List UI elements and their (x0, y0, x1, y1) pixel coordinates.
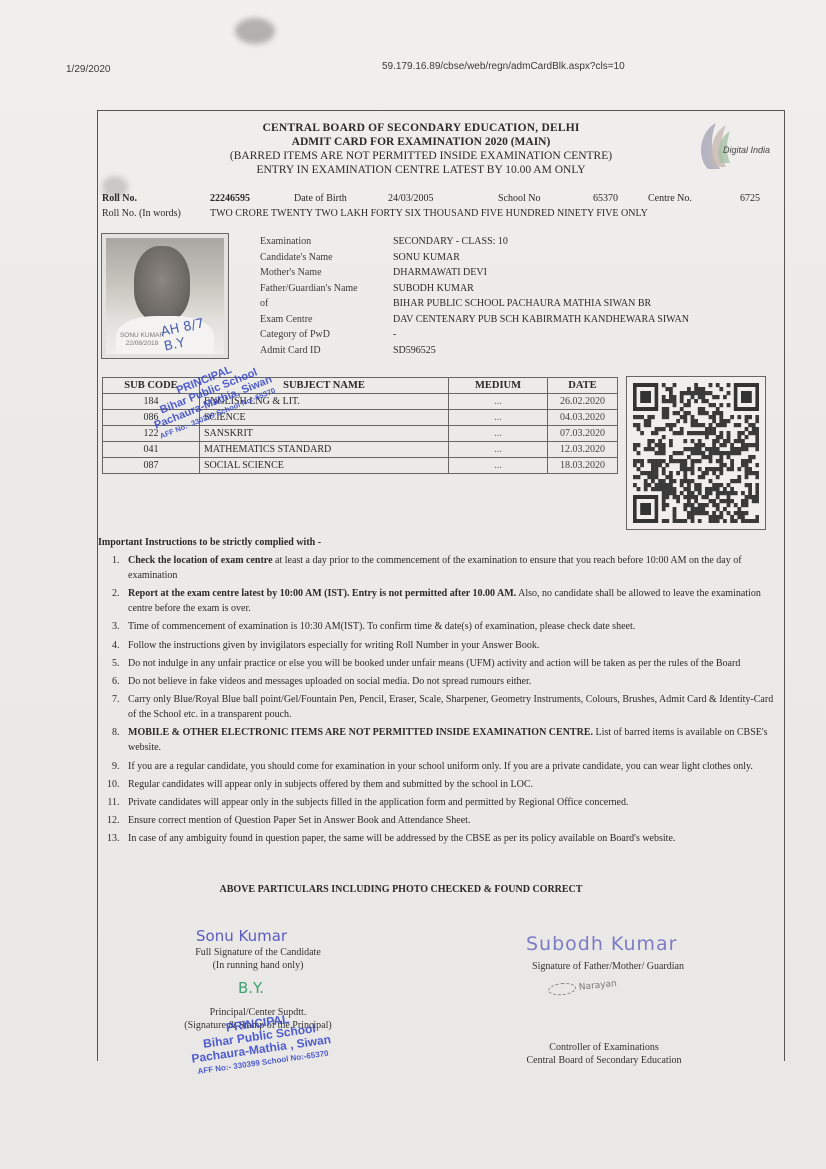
roll-info-row: Roll No. 22246595 Date of Birth 24/03/20… (98, 193, 784, 207)
candidate-details: ExaminationSECONDARY - CLASS: 10 Candida… (260, 236, 780, 360)
candidate-signature-label: Full Signature of the Candidate (In runn… (158, 947, 358, 971)
instructions-title: Important Instructions to be strictly co… (98, 537, 321, 548)
verification-statement: ABOVE PARTICULARS INCLUDING PHOTO CHECKE… (58, 884, 744, 895)
instruction-item: Follow the instructions given by invigil… (122, 638, 778, 653)
controller-signature: Narayan (548, 977, 618, 996)
instruction-item: Check the location of exam centre at lea… (122, 553, 778, 583)
dob-label: Date of Birth (294, 193, 347, 204)
instruction-item: Regular candidates will appear only in s… (122, 777, 778, 792)
centre-no-label: Centre No. (648, 193, 692, 204)
instruction-item: Do not believe in fake videos and messag… (122, 674, 778, 689)
print-date: 1/29/2020 (66, 64, 111, 75)
detail-row: ofBIHAR PUBLIC SCHOOL PACHAURA MATHIA SI… (260, 298, 780, 314)
admit-card: CENTRAL BOARD OF SECONDARY EDUCATION, DE… (97, 110, 785, 1061)
instruction-item: MOBILE & OTHER ELECTRONIC ITEMS ARE NOT … (122, 725, 778, 755)
detail-row: Exam CentreDAV CENTENARY PUB SCH KABIRMA… (260, 314, 780, 330)
instruction-item: Time of commencement of examination is 1… (122, 619, 778, 634)
instruction-item: In case of any ambiguity found in questi… (122, 831, 778, 846)
table-row: 087SOCIAL SCIENCE...18.03.2020 (103, 458, 618, 474)
guardian-signature: Subodh Kumar (526, 933, 677, 955)
digital-india-text: Digital India (723, 145, 770, 155)
dob-value: 24/03/2005 (388, 193, 434, 204)
instruction-item: Carry only Blue/Royal Blue ball point/Ge… (122, 692, 778, 722)
roll-words-label: Roll No. (In words) (102, 208, 181, 219)
qr-code (626, 376, 766, 530)
instruction-item: Ensure correct mention of Question Paper… (122, 813, 778, 828)
detail-row: ExaminationSECONDARY - CLASS: 10 (260, 236, 780, 252)
detail-row: Admit Card IDSD596525 (260, 345, 780, 361)
roll-words-value: TWO CRORE TWENTY TWO LAKH FORTY SIX THOU… (210, 208, 648, 219)
centre-no-value: 6725 (740, 193, 760, 204)
principal-signature: B.Y. (238, 979, 264, 997)
board-name: CENTRAL BOARD OF SECONDARY EDUCATION, DE… (58, 121, 784, 135)
detail-row: Category of PwD- (260, 329, 780, 345)
table-row: 041MATHEMATICS STANDARD...12.03.2020 (103, 442, 618, 458)
detail-row: Candidate's NameSONU KUMAR (260, 252, 780, 268)
admit-card-page: 1/29/2020 59.179.16.89/cbse/web/regn/adm… (0, 0, 826, 1169)
card-header: CENTRAL BOARD OF SECONDARY EDUCATION, DE… (98, 121, 784, 177)
instruction-item: Private candidates will appear only in t… (122, 795, 778, 810)
qr-code-icon (633, 383, 759, 523)
card-title: ADMIT CARD FOR EXAMINATION 2020 (MAIN) (58, 135, 784, 149)
controller-label: Controller of Examinations Central Board… (494, 1041, 714, 1067)
candidate-photo: SONU KUMAR 22/08/2018 AH 8/7 B.Y (101, 233, 229, 359)
print-url: 59.179.16.89/cbse/web/regn/admCardBlk.as… (382, 61, 625, 72)
photo-face (134, 246, 190, 322)
instruction-item: If you are a regular candidate, you shou… (122, 759, 778, 774)
candidate-signature: Sonu Kumar (196, 927, 287, 945)
detail-row: Mother's NameDHARMAWATI DEVI (260, 267, 780, 283)
roll-no-value: 22246595 (210, 193, 250, 204)
instruction-item: Do not indulge in any unfair practice or… (122, 656, 778, 671)
school-no-label: School No (498, 193, 541, 204)
school-no-value: 65370 (593, 193, 618, 204)
roll-no-label: Roll No. (102, 193, 137, 204)
scan-smudge (235, 18, 275, 44)
barred-items-note: (BARRED ITEMS ARE NOT PERMITTED INSIDE E… (58, 149, 784, 163)
instruction-item: Report at the exam centre latest by 10:0… (122, 586, 778, 616)
detail-row: Father/Guardian's NameSUBODH KUMAR (260, 283, 780, 299)
entry-time-note: ENTRY IN EXAMINATION CENTRE LATEST BY 10… (58, 163, 784, 177)
instructions-list: Check the location of exam centre at lea… (98, 553, 778, 849)
guardian-signature-label: Signature of Father/Mother/ Guardian (498, 961, 718, 972)
